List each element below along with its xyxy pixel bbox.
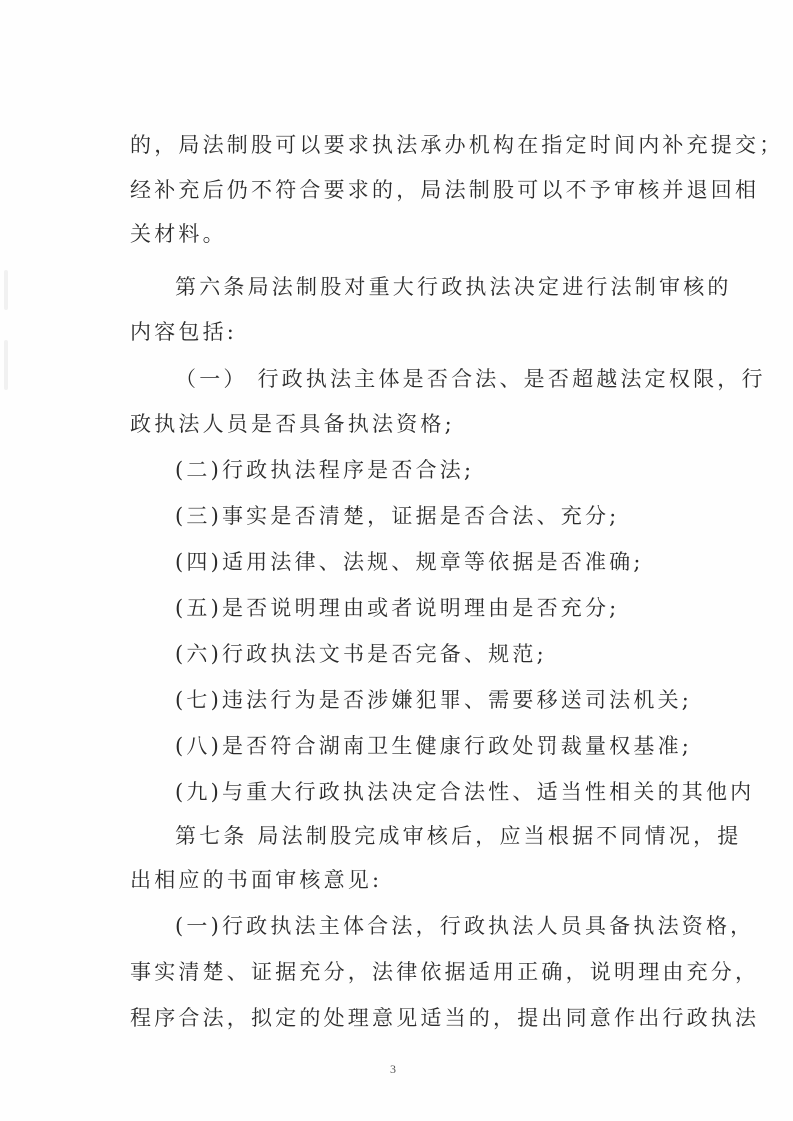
list-item: (九)与重大行政执法决定合法性、适当性相关的其他内 [175,778,735,806]
list-item: (三)事实是否清楚，证据是否合法、充分; [175,502,735,530]
list-item: (六)行政执法文书是否完备、规范; [175,640,735,668]
scan-artifact [4,340,8,390]
list-item: (八)是否符合湖南卫生健康行政处罚裁量权基准; [175,732,735,760]
text-line: 程序合法，拟定的处理意见适当的，提出同意作出行政执法 [130,1004,690,1032]
text-line: 关材料。 [130,220,690,248]
text-line: 出相应的书面审核意见: [130,866,690,894]
document-page: 的，局法制股可以要求执法承办机构在指定时间内补充提交； 经补充后仍不符合要求的，… [0,0,793,1121]
scan-artifact [4,270,8,310]
text-line: 事实清楚、证据充分，法律依据适用正确，说明理由充分， [130,958,690,986]
article-7-heading: 第七条 局法制股完成审核后，应当根据不同情况，提 [175,822,735,850]
article-6-heading: 第六条局法制股对重大行政执法决定进行法制审核的 [175,273,735,301]
list-item: (五)是否说明理由或者说明理由是否充分; [175,594,735,622]
list-item: (一)行政执法主体合法，行政执法人员具备执法资格， [175,912,735,940]
text-line: 的，局法制股可以要求执法承办机构在指定时间内补充提交； [130,131,690,159]
text-line: 政执法人员是否具备执法资格; [130,410,690,438]
list-item: (七)违法行为是否涉嫌犯罪、需要移送司法机关; [175,686,735,714]
text-line: 经补充后仍不符合要求的，局法制股可以不予审核并退回相 [130,176,690,204]
text-line: 内容包括: [130,318,690,346]
page-number: 3 [390,1062,396,1077]
list-item: (四)适用法律、法规、规章等依据是否准确; [175,548,735,576]
list-item: (二)行政执法程序是否合法; [175,456,735,484]
list-item: （一） 行政执法主体是否合法、是否超越法定权限，行 [175,365,735,393]
